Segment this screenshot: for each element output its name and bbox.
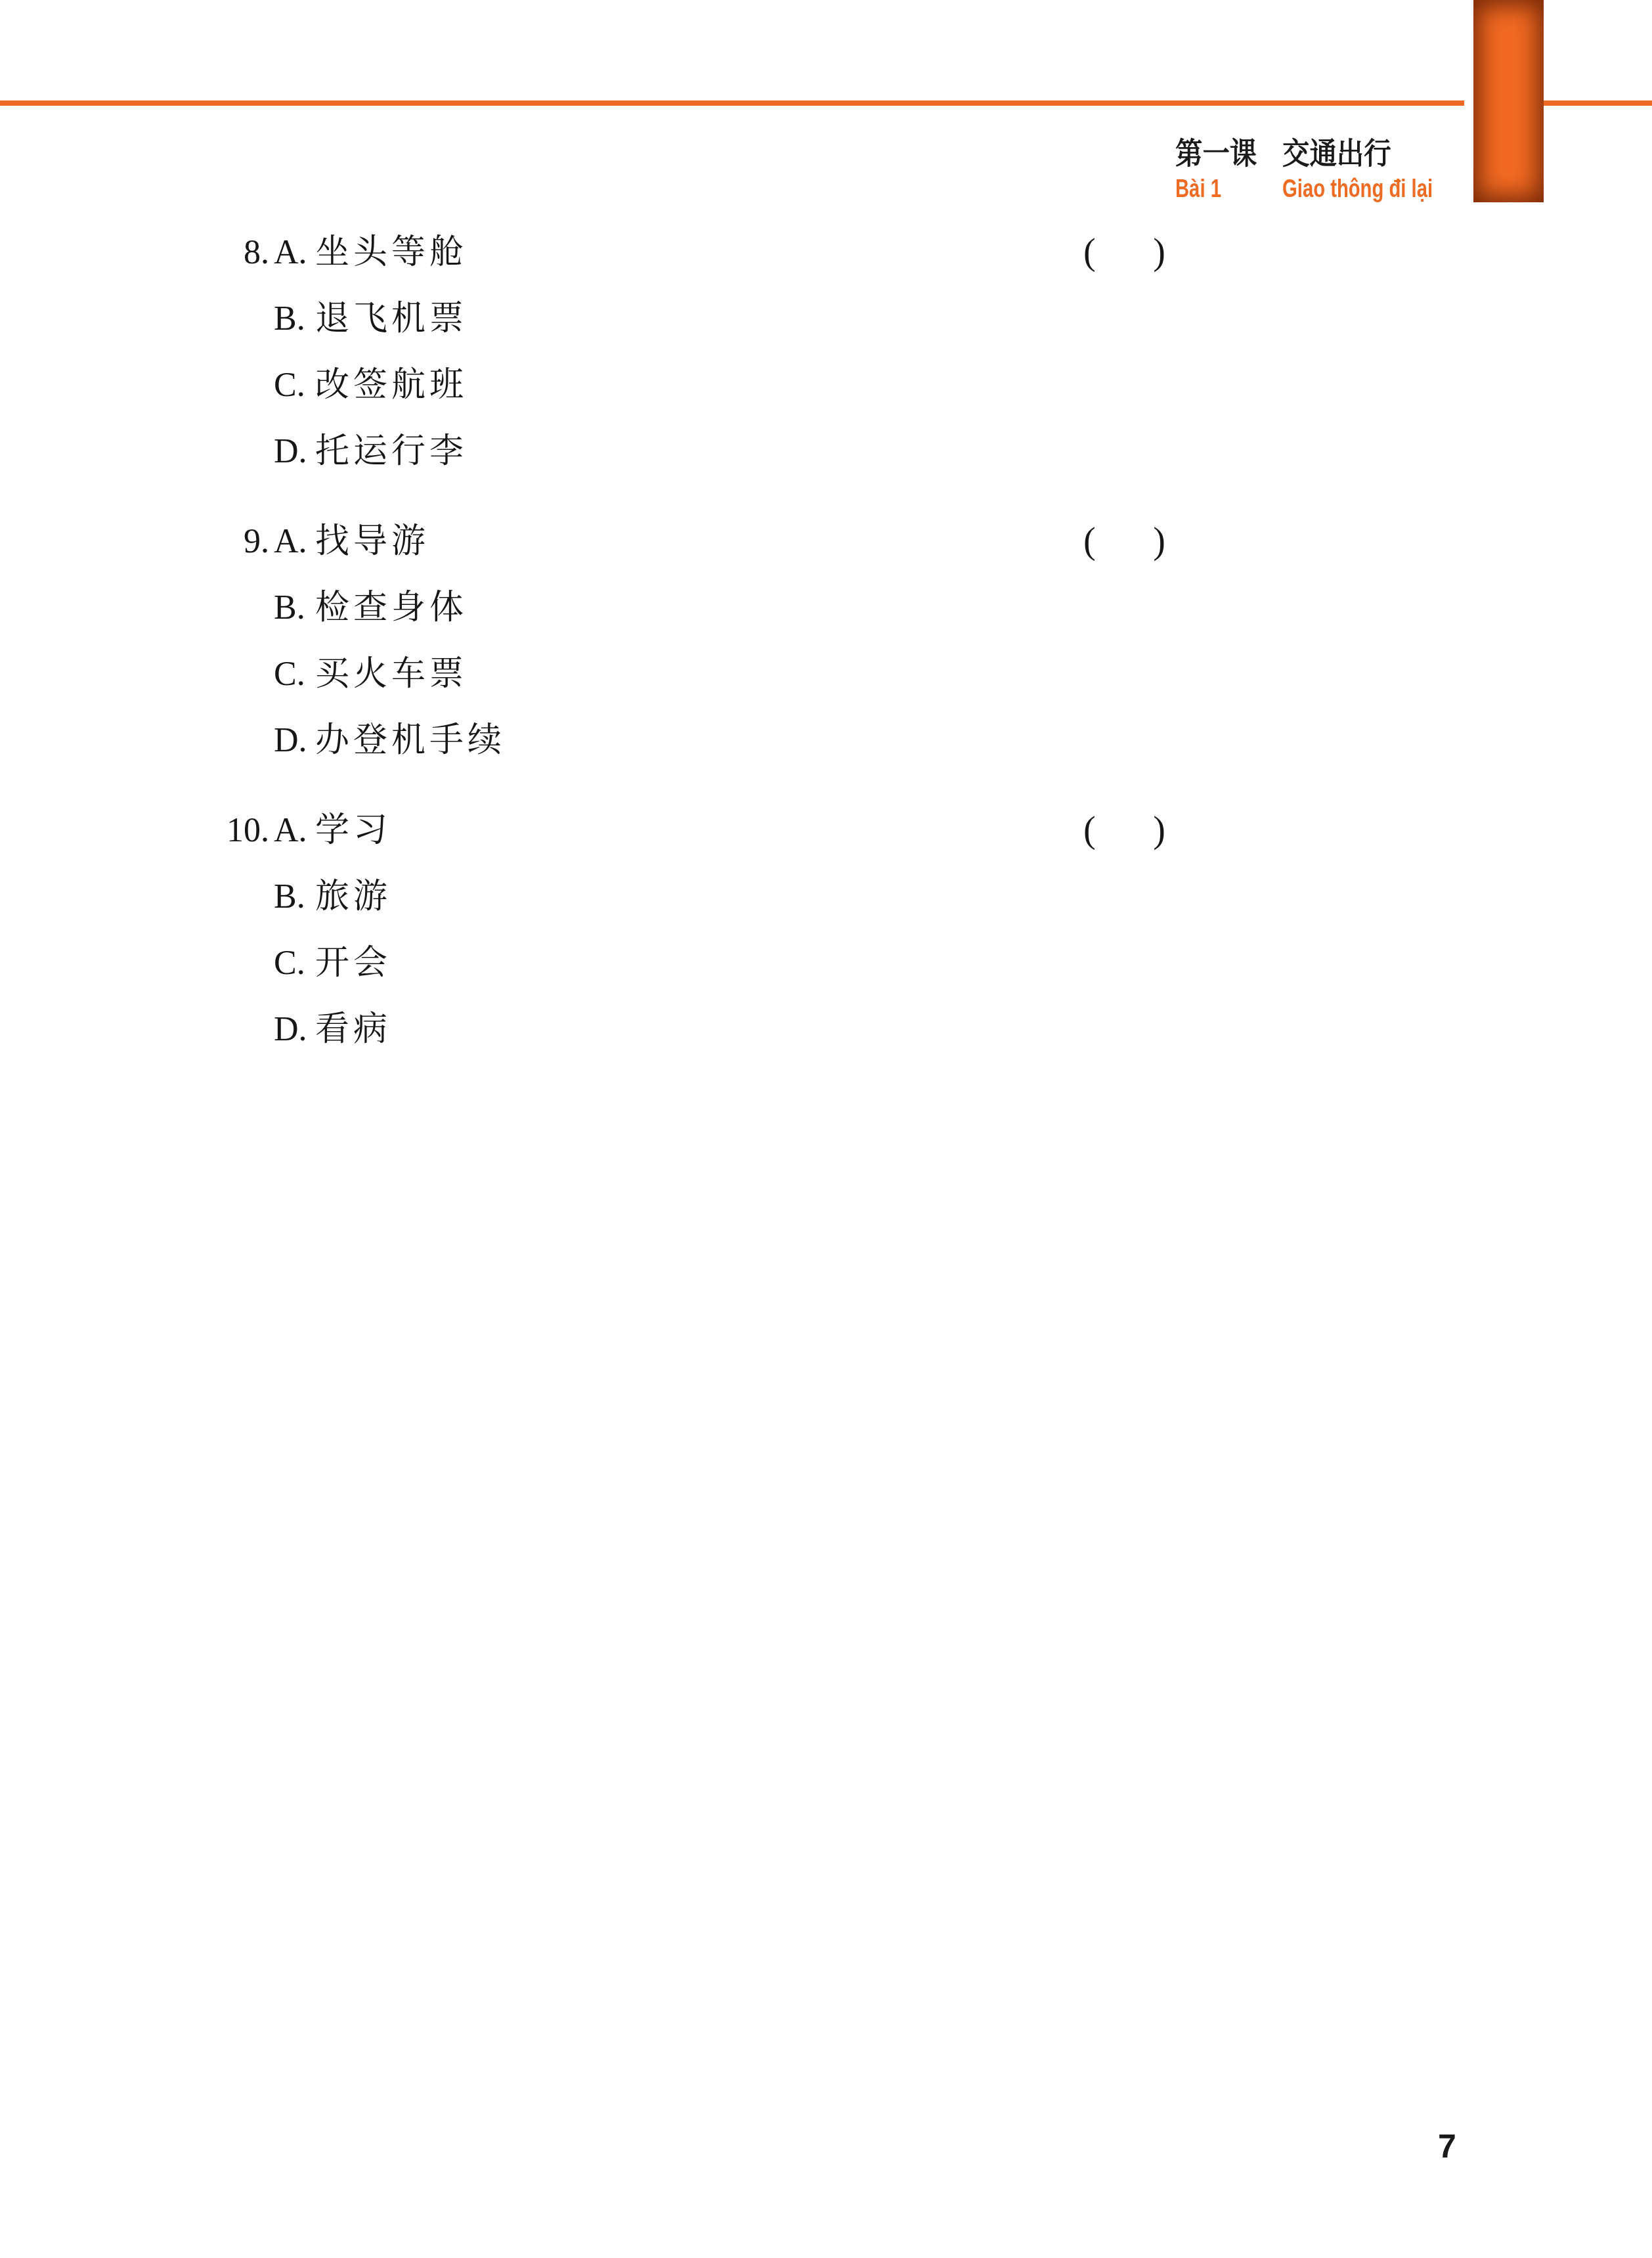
answer-blank: () bbox=[1083, 521, 1165, 561]
paren-close: ) bbox=[1153, 521, 1165, 561]
answer-blank: () bbox=[1083, 232, 1165, 272]
workbook-page: 第一课 交通出行 Bài 1 Giao thông đi lại 8.A.坐头等… bbox=[0, 0, 1652, 2258]
option-letter: D. bbox=[274, 433, 311, 471]
question-number: 10. bbox=[0, 812, 269, 850]
option-letter: B. bbox=[274, 589, 311, 627]
paren-close: ) bbox=[1153, 810, 1165, 850]
option-row: 8.A.坐头等舱 () bbox=[0, 234, 1652, 300]
question-list: 8.A.坐头等舱 () B.退飞机票 C.改签航班 D.托运行李 9.A.找导游… bbox=[0, 234, 1652, 1101]
option-text: 办登机手续 bbox=[315, 722, 506, 760]
answer-blank: () bbox=[1083, 810, 1165, 850]
page-number: 7 bbox=[1438, 2130, 1456, 2163]
option-row: 10.A.学习 () bbox=[0, 812, 1652, 878]
question-number: 8. bbox=[0, 234, 269, 272]
paren-open: ( bbox=[1083, 232, 1096, 272]
option-text: 退飞机票 bbox=[315, 300, 467, 338]
paren-open: ( bbox=[1083, 810, 1096, 850]
option-row: C.开会 bbox=[0, 944, 1652, 1011]
lesson-title-zh: 交通出行 bbox=[1282, 138, 1391, 168]
lesson-number-vi: Bài 1 bbox=[1175, 176, 1221, 202]
option-text: 找导游 bbox=[315, 523, 429, 561]
option-text: 改签航班 bbox=[315, 366, 467, 405]
paren-open: ( bbox=[1083, 521, 1096, 561]
option-letter: D. bbox=[274, 1011, 311, 1049]
lesson-number-zh: 第一课 bbox=[1175, 138, 1257, 168]
option-row: 9.A.找导游 () bbox=[0, 523, 1652, 589]
option-text: 买火车票 bbox=[315, 655, 467, 694]
option-text: 坐头等舱 bbox=[315, 234, 467, 272]
option-text: 开会 bbox=[315, 944, 391, 983]
option-row: B.退飞机票 bbox=[0, 300, 1652, 366]
option-row: C.改签航班 bbox=[0, 366, 1652, 433]
paren-close: ) bbox=[1153, 232, 1165, 272]
option-letter: A. bbox=[274, 523, 311, 561]
lesson-title-vi: Giao thông đi lại bbox=[1282, 176, 1433, 202]
option-row: D.看病 bbox=[0, 1011, 1652, 1077]
option-letter: B. bbox=[274, 878, 311, 916]
question-10: 10.A.学习 () B.旅游 C.开会 D.看病 bbox=[0, 812, 1652, 1077]
option-text: 检查身体 bbox=[315, 589, 467, 627]
option-row: B.检查身体 bbox=[0, 589, 1652, 655]
header-rule bbox=[0, 100, 1652, 106]
option-letter: B. bbox=[274, 300, 311, 338]
option-text: 学习 bbox=[315, 812, 391, 850]
option-letter: A. bbox=[274, 234, 311, 272]
option-row: C.买火车票 bbox=[0, 655, 1652, 722]
option-text: 旅游 bbox=[315, 878, 391, 916]
question-9: 9.A.找导游 () B.检查身体 C.买火车票 D.办登机手续 bbox=[0, 523, 1652, 788]
option-letter: D. bbox=[274, 722, 311, 760]
option-text: 托运行李 bbox=[315, 433, 467, 471]
option-letter: C. bbox=[274, 944, 311, 983]
option-row: D.托运行李 bbox=[0, 433, 1652, 499]
option-letter: C. bbox=[274, 655, 311, 694]
question-number: 9. bbox=[0, 523, 269, 561]
question-8: 8.A.坐头等舱 () B.退飞机票 C.改签航班 D.托运行李 bbox=[0, 234, 1652, 499]
option-letter: A. bbox=[274, 812, 311, 850]
option-text: 看病 bbox=[315, 1011, 391, 1049]
option-row: D.办登机手续 bbox=[0, 722, 1652, 788]
option-row: B.旅游 bbox=[0, 878, 1652, 944]
chapter-side-tab bbox=[1473, 0, 1544, 202]
option-letter: C. bbox=[274, 366, 311, 405]
